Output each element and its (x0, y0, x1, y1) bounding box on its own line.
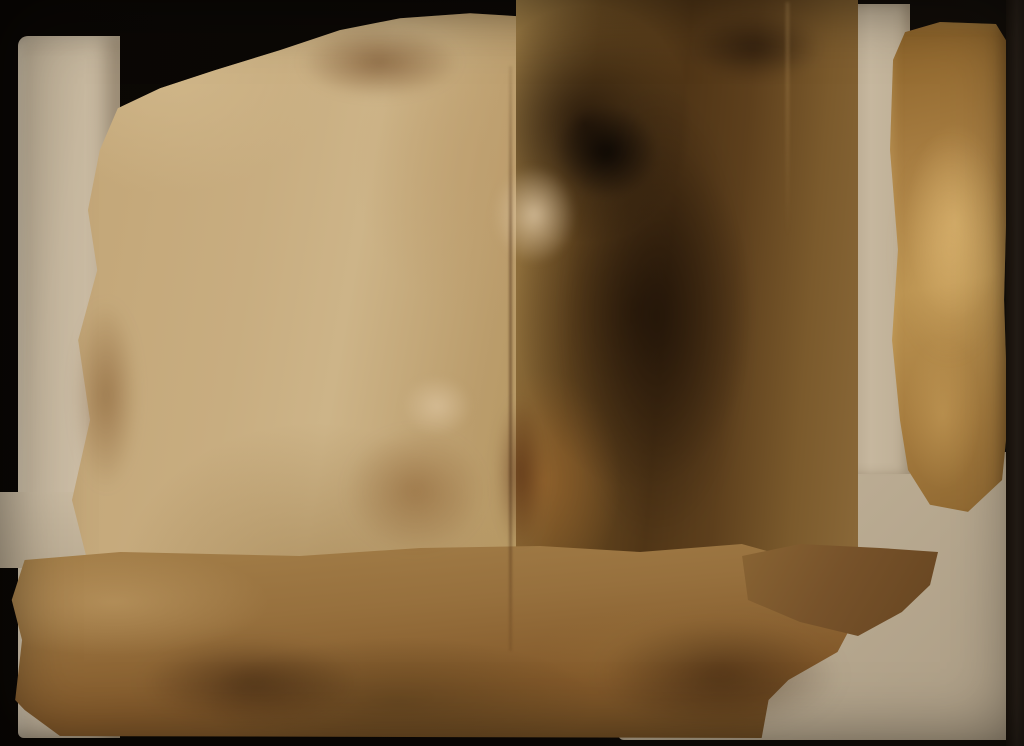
text-layer: orande aloe diaples ci mulieris claude v… (0, 0, 1024, 746)
manuscript-photograph: orande aloe diaples ci mulieris claude v… (0, 0, 1024, 746)
